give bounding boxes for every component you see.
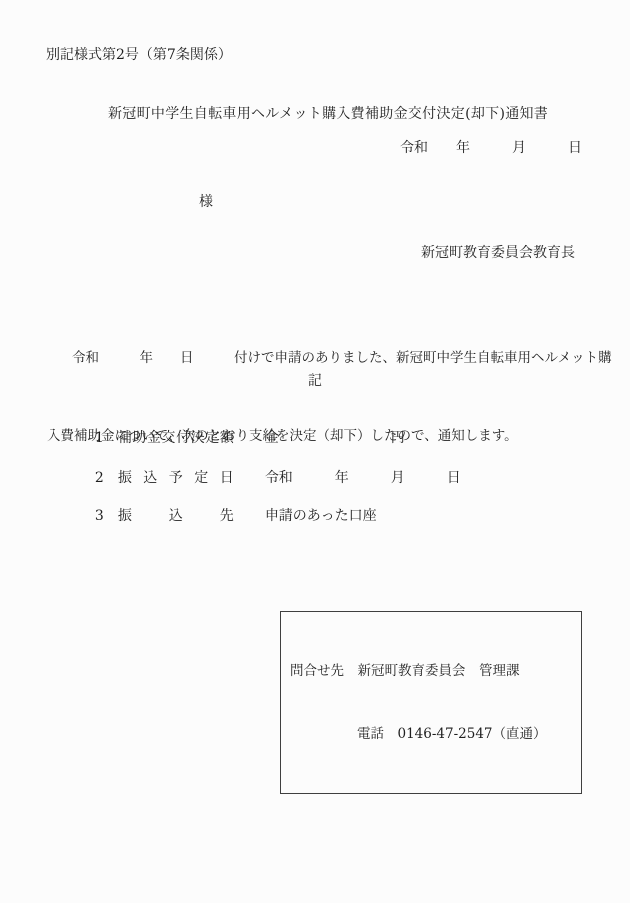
addressee-honorific: 様 xyxy=(199,191,213,211)
item-number: 1 xyxy=(95,430,118,446)
issue-date-line: 令和 年 月 日 xyxy=(400,137,582,157)
item-label: 振込予定日 xyxy=(118,467,234,487)
item-value: 令和 年 月 日 xyxy=(265,467,461,487)
section-heading-ki: 記 xyxy=(0,370,630,390)
item-label: 振込先 xyxy=(118,505,234,525)
body-line-1: 令和 年 日 付けで申請のありました、新冠町中学生自転車用ヘルメット購 xyxy=(47,345,612,371)
contact-info-box: 問合せ先 新冠町教育委員会 管理課 電話 0146-47-2547（直通） xyxy=(280,611,582,794)
item-value: 金 円 xyxy=(265,427,405,447)
contact-phone-line: 電話 0146-47-2547（直通） xyxy=(290,724,573,745)
form-style-note: 別記様式第2号（第7条関係） xyxy=(46,44,232,64)
notice-document-page: 別記様式第2号（第7条関係） 新冠町中学生自転車用ヘルメット購入費補助金交付決定… xyxy=(0,0,630,903)
item-number: 3 xyxy=(95,508,118,524)
list-item-transfer-account: 3振込先申請のあった口座 xyxy=(77,489,377,541)
document-title: 新冠町中学生自転車用ヘルメット購入費補助金交付決定(却下)通知書 xyxy=(108,103,548,123)
item-label: 補助金交付決定額 xyxy=(118,427,234,447)
sender-name: 新冠町教育委員会教育長 xyxy=(421,242,575,262)
item-value: 申請のあった口座 xyxy=(265,505,377,525)
contact-department-line: 問合せ先 新冠町教育委員会 管理課 xyxy=(290,661,573,682)
item-number: 2 xyxy=(95,470,118,486)
